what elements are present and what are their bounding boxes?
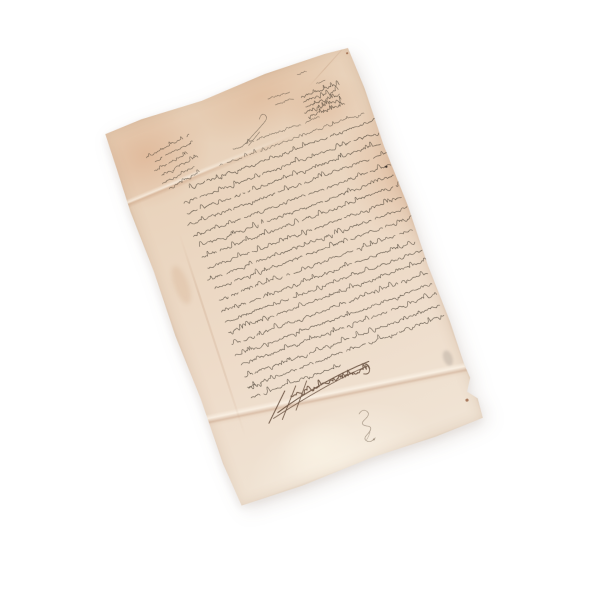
script-stroke (275, 97, 294, 105)
script-stroke (186, 139, 382, 216)
script-stroke (220, 238, 415, 314)
script-stroke (230, 268, 428, 346)
invocation-marks (229, 66, 337, 146)
script-stroke (238, 113, 272, 143)
script-stroke (240, 290, 438, 368)
handwriting-layer (102, 43, 486, 509)
script-stroke (186, 148, 388, 227)
seal-scribble (298, 79, 349, 120)
script-stroke (316, 80, 325, 84)
script-stroke (224, 247, 423, 325)
main-text-script (174, 116, 452, 400)
script-stroke (200, 181, 401, 259)
script-stroke (219, 110, 365, 168)
script-stroke (153, 151, 188, 172)
script-stroke (297, 71, 306, 76)
manuscript-sheet (102, 43, 486, 509)
script-stroke (272, 361, 375, 412)
script-stroke (268, 91, 290, 101)
script-stroke (246, 311, 445, 390)
script-stroke (273, 386, 305, 420)
script-stroke (227, 256, 428, 335)
script-stroke (198, 172, 394, 249)
script-stroke (154, 141, 193, 163)
script-stroke (162, 165, 195, 185)
signature-flourish (260, 359, 378, 425)
paraph-mark (356, 409, 378, 443)
script-stroke (243, 301, 441, 379)
paper-surface (102, 43, 486, 509)
photo-canvas (0, 0, 592, 592)
rust-specks (341, 53, 472, 400)
script-stroke (247, 379, 262, 390)
script-stroke (218, 224, 417, 302)
script-stroke (356, 409, 378, 443)
script-stroke (260, 391, 293, 423)
script-stroke (213, 212, 413, 291)
script-stroke (188, 116, 378, 191)
script-stroke (192, 161, 391, 238)
